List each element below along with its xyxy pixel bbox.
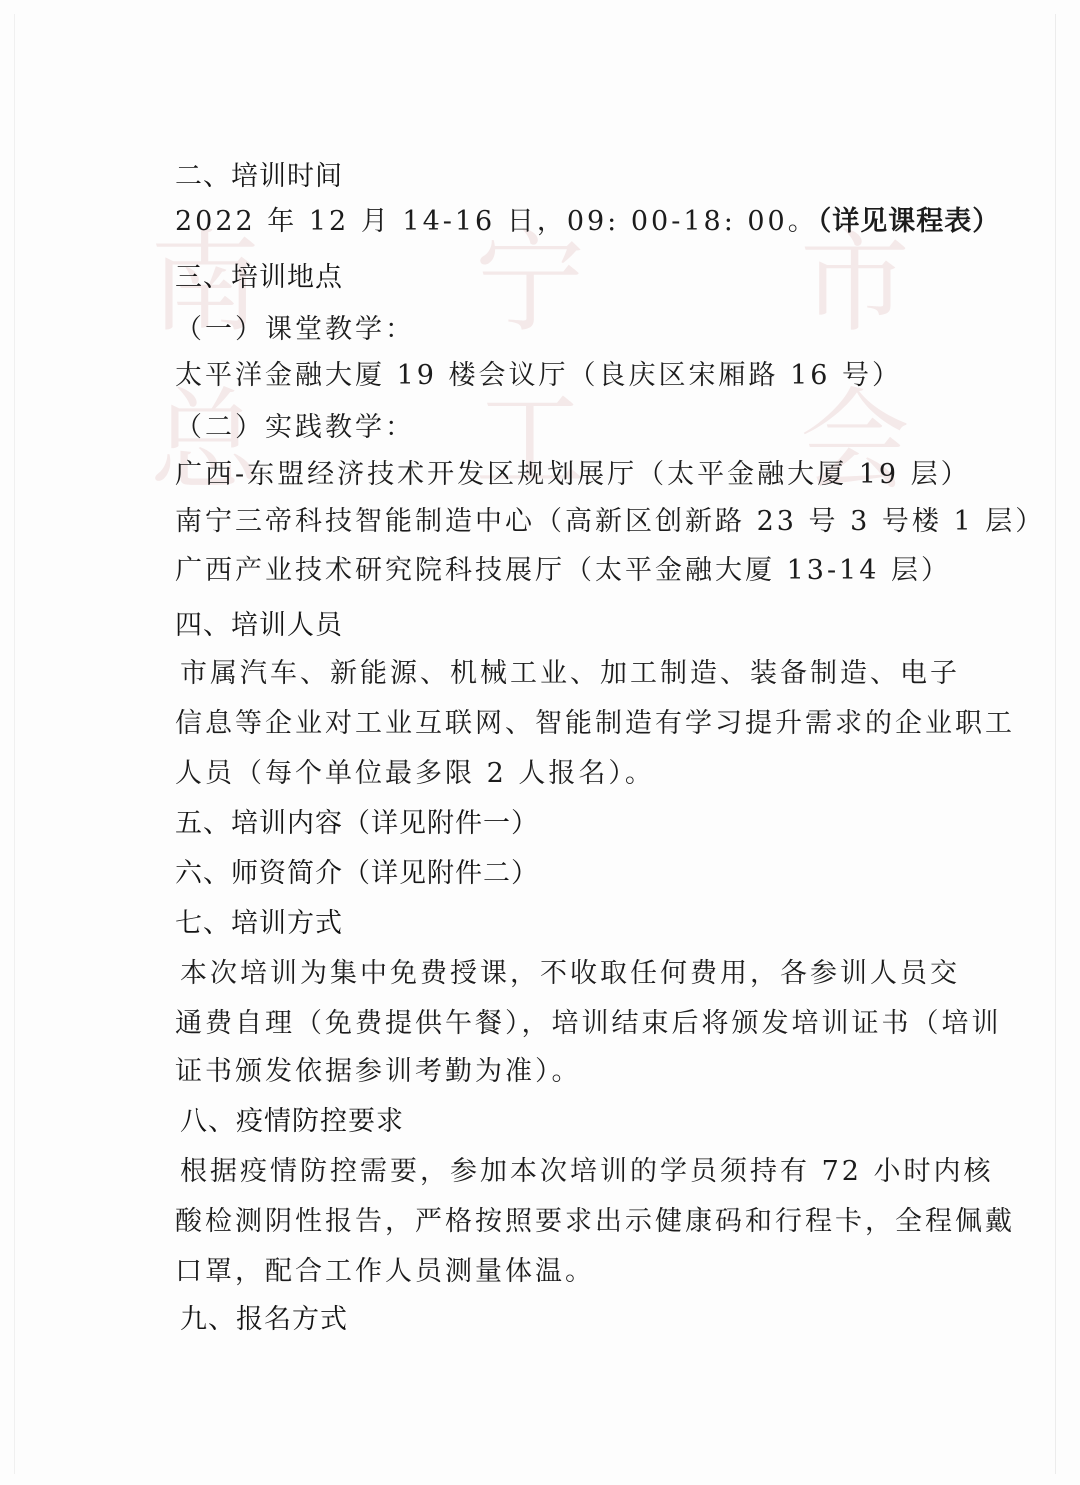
trainees-para-line-3: 人员（每个单位最多限 2 人报名）。 <box>175 760 655 787</box>
heading-epidemic-control: 八、疫情防控要求 <box>180 1108 404 1135</box>
heading-training-time: 二、培训时间 <box>175 163 343 190</box>
heading-training-method: 七、培训方式 <box>175 910 343 937</box>
classroom-location: 太平洋金融大厦 19 楼会议厅（良庆区宋厢路 16 号） <box>175 362 902 389</box>
schedule-note: （详见课程表） <box>818 206 1001 237</box>
sub-practice-teaching: （二）实践教学： <box>175 414 415 441</box>
training-time-text: 2022 年 12 月 14-16 日，09: 00-18: 00。（详见课程表… <box>175 208 1000 235</box>
heading-training-location: 三、培训地点 <box>175 264 343 291</box>
trainees-para-line-1: 市属汽车、新能源、机械工业、加工制造、装备制造、电子 <box>180 660 960 687</box>
epidemic-para-line-3: 口罩，配合工作人员测量体温。 <box>175 1258 595 1285</box>
trainees-para-line-2: 信息等企业对工业互联网、智能制造有学习提升需求的企业职工 <box>175 710 1015 737</box>
heading-trainees: 四、培训人员 <box>175 612 343 639</box>
heading-registration: 九、报名方式 <box>180 1306 348 1333</box>
practice-location-2: 南宁三帝科技智能制造中心（高新区创新路 23 号 3 号楼 1 层） <box>175 508 1045 535</box>
method-para-line-3: 证书颁发依据参训考勤为准）。 <box>175 1058 582 1085</box>
method-para-line-2: 通费自理（免费提供午餐），培训结束后将颁发培训证书（培训 <box>175 1010 1002 1037</box>
epidemic-para-line-1: 根据疫情防控需要，参加本次培训的学员须持有 72 小时内核 <box>180 1158 994 1185</box>
method-para-line-1: 本次培训为集中免费授课，不收取任何费用，各参训人员交 <box>180 960 960 987</box>
heading-instructors: 六、师资简介（详见附件二） <box>175 860 539 887</box>
heading-training-content: 五、培训内容（详见附件一） <box>175 810 539 837</box>
practice-location-3: 广西产业技术研究院科技展厅（太平金融大厦 13-14 层） <box>175 557 951 584</box>
practice-location-1: 广西-东盟经济技术开发区规划展厅（太平金融大厦 19 层） <box>175 461 971 488</box>
training-date-time: 2022 年 12 月 14-16 日，09: 00-18: 00。 <box>175 206 818 237</box>
sub-classroom-teaching: （一）课堂教学： <box>175 316 415 343</box>
epidemic-para-line-2: 酸检测阴性报告，严格按照要求出示健康码和行程卡，全程佩戴 <box>175 1208 1015 1235</box>
